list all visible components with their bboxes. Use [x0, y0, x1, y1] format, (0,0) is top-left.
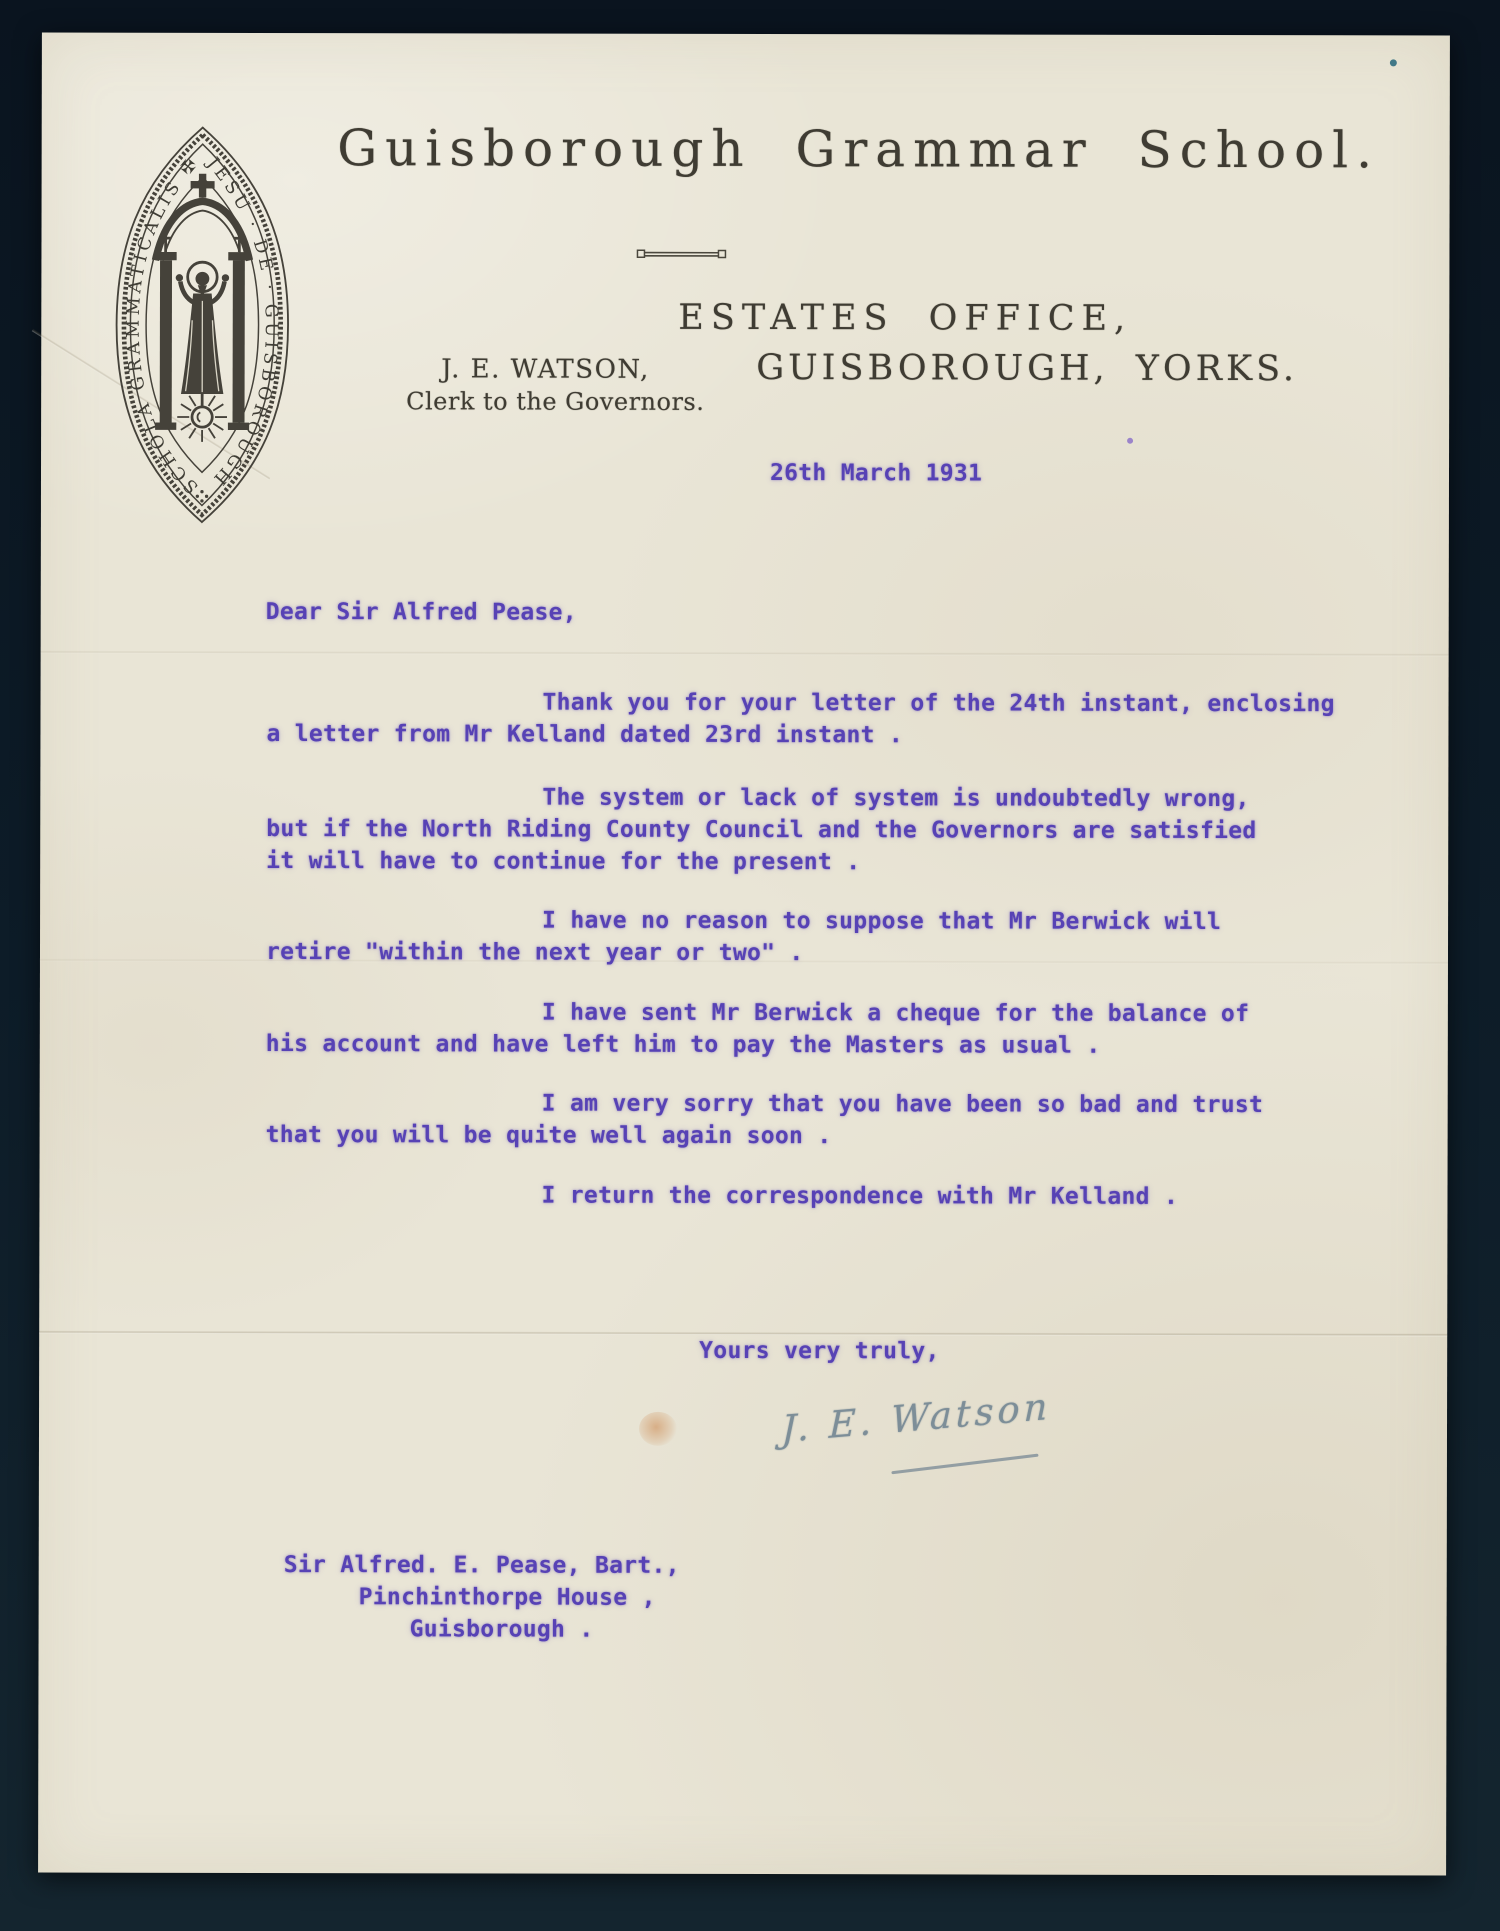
rust-stain [639, 1412, 677, 1446]
paragraph-line: Thank you for your letter of the 24th in… [542, 690, 1334, 718]
salutation: Dear Sir Alfred Pease, [266, 599, 577, 626]
paragraph-line: that you will be quite well again soon . [266, 1122, 832, 1149]
paragraph-line: his account and have left him to pay the… [266, 1031, 1101, 1059]
fold-crease [39, 1331, 1447, 1337]
estates-office-line: ESTATES OFFICE, [678, 298, 1132, 339]
clerk-name: J. E. WATSON, [441, 354, 650, 384]
paragraph-line: it will have to continue for the present… [266, 848, 860, 875]
paragraph-line: I return the correspondence with Mr Kell… [541, 1183, 1178, 1210]
decorative-rule [636, 246, 726, 264]
scan-background: SCHOLA GRAMMATICALIS ✠ JESU · DE · GUISB… [0, 0, 1500, 1931]
clerk-title: Clerk to the Governors. [406, 387, 704, 416]
ink-speck [1390, 59, 1397, 66]
guisborough-yorks-line: GUISBOROUGH, YORKS. [756, 348, 1298, 389]
paragraph-line: I am very sorry that you have been so ba… [542, 1091, 1264, 1119]
paragraph-line: I have sent Mr Berwick a cheque for the … [542, 1000, 1249, 1027]
crest-seal-graphic: SCHOLA GRAMMATICALIS ✠ JESU · DE · GUISB… [96, 113, 309, 537]
paragraph-line: retire "within the next year or two" . [266, 939, 804, 966]
letter-page: SCHOLA GRAMMATICALIS ✠ JESU · DE · GUISB… [38, 33, 1450, 1876]
paragraph-line: I have no reason to suppose that Mr Berw… [542, 908, 1221, 935]
recipient-town-line: Guisborough . [410, 1616, 594, 1642]
signature-underline [891, 1454, 1038, 1474]
closing-line: Yours very truly, [699, 1338, 940, 1365]
paragraph-line: a letter from Mr Kelland dated 23rd inst… [266, 721, 903, 748]
recipient-house-line: Pinchinthorpe House , [359, 1584, 656, 1611]
recipient-name-line: Sir Alfred. E. Pease, Bart., [284, 1552, 680, 1579]
fold-crease [41, 651, 1449, 657]
paragraph-line: The system or lack of system is undoubte… [542, 785, 1249, 812]
school-name-heading: Guisborough Grammar School. [337, 119, 1380, 179]
school-crest: SCHOLA GRAMMATICALIS ✠ JESU · DE · GUISB… [96, 113, 309, 542]
ink-speck [1127, 438, 1133, 444]
handwritten-signature: J. E. Watson [781, 1385, 1052, 1451]
letter-date: 26th March 1931 [770, 460, 982, 486]
paragraph-line: but if the North Riding County Council a… [266, 816, 1256, 844]
